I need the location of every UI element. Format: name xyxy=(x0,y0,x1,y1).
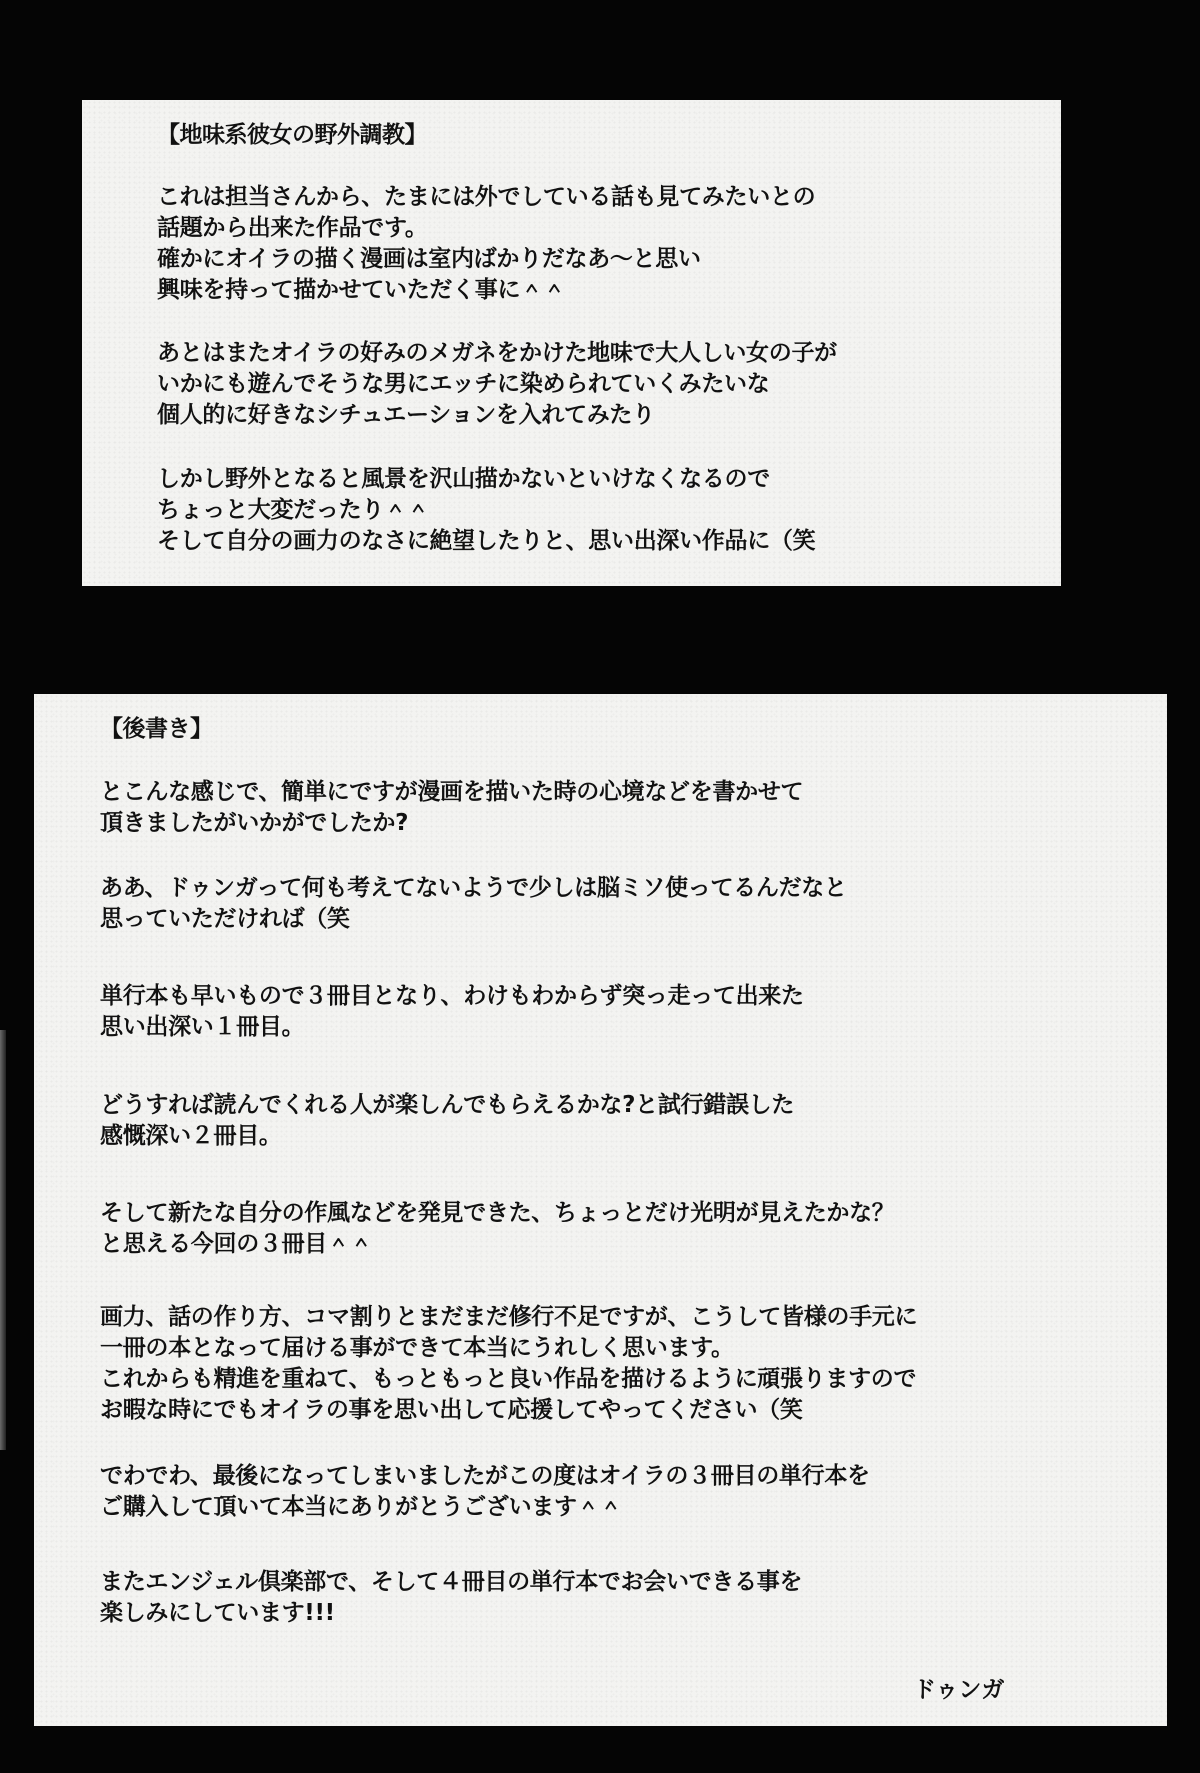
text-line: しかし野外となると風景を沢山描かないといけなくなるので xyxy=(157,464,815,495)
afterword-paragraph-3: 単行本も早いもので３冊目となり、わけもわからず突っ走って出来た 思い出深い１冊目… xyxy=(100,981,804,1043)
notes-paragraph-2: あとはまたオイラの好みのメガネをかけた地味で大人しい女の子が いかにも遊んでそう… xyxy=(157,338,837,431)
text-line: 確かにオイラの描く漫画は室内ばかりだなあ〜と思い xyxy=(157,244,815,275)
text-line: あとはまたオイラの好みのメガネをかけた地味で大人しい女の子が xyxy=(157,338,837,369)
text-line: でわでわ、最後になってしまいましたがこの度はオイラの３冊目の単行本を xyxy=(100,1461,870,1492)
text-line: 頂きましたがいかがでしたか? xyxy=(100,808,803,839)
text-line: 思っていただければ（笑 xyxy=(100,904,847,935)
text-line: ちょっと大変だったり＾＾ xyxy=(157,495,815,526)
text-line: これは担当さんから、たまには外でしている話も見てみたいとの xyxy=(157,182,815,213)
text-line: 興味を持って描かせていただく事に＾＾ xyxy=(157,275,815,306)
afterword-box: 【後書き】 とこんな感じで、簡単にですが漫画を描いた時の心境などを書かせて 頂き… xyxy=(34,694,1167,1726)
notes-paragraph-1: これは担当さんから、たまには外でしている話も見てみたいとの 話題から出来た作品で… xyxy=(157,182,815,306)
text-line: ご購入して頂いて本当にありがとうございます＾＾ xyxy=(100,1492,870,1523)
text-line: これからも精進を重ねて、もっともっと良い作品を描けるように頑張りますので xyxy=(100,1364,917,1395)
afterword-paragraph-5: そして新たな自分の作風などを発見できた、ちょっとだけ光明が見えたかな？ と思える… xyxy=(100,1198,895,1260)
text-line: とこんな感じで、簡単にですが漫画を描いた時の心境などを書かせて xyxy=(100,777,803,808)
afterword-paragraph-4: どうすれば読んでくれる人が楽しんでもらえるかな?と試行錯誤した 感慨深い２冊目。 xyxy=(100,1090,794,1152)
text-line: 楽しみにしています!!! xyxy=(100,1598,802,1629)
text-line: 一冊の本となって届ける事ができて本当にうれしく思います。 xyxy=(100,1333,917,1364)
text-line: ああ、ドゥンガって何も考えてないようで少しは脳ミソ使ってるんだなと xyxy=(100,873,847,904)
text-line: 思い出深い１冊目。 xyxy=(100,1012,804,1043)
afterword-paragraph-2: ああ、ドゥンガって何も考えてないようで少しは脳ミソ使ってるんだなと 思っていただ… xyxy=(100,873,847,935)
afterword-heading: 【後書き】 xyxy=(100,714,213,745)
afterword-paragraph-1: とこんな感じで、簡単にですが漫画を描いた時の心境などを書かせて 頂きましたがいか… xyxy=(100,777,803,839)
text-line: お暇な時にでもオイラの事を思い出して応援してやってください（笑 xyxy=(100,1395,917,1426)
text-line: 感慨深い２冊目。 xyxy=(100,1121,794,1152)
story-title-heading: 【地味系彼女の野外調教】 xyxy=(157,120,427,151)
text-line: と思える今回の３冊目＾＾ xyxy=(100,1229,895,1260)
text-line: そして自分の画力のなさに絶望したりと、思い出深い作品に（笑 xyxy=(157,526,815,557)
text-line: いかにも遊んでそうな男にエッチに染められていくみたいな xyxy=(157,369,837,400)
text-line: 個人的に好きなシチュエーションを入れてみたり xyxy=(157,400,837,431)
text-line: 単行本も早いもので３冊目となり、わけもわからず突っ走って出来た xyxy=(100,981,804,1012)
story-notes-box: 【地味系彼女の野外調教】 これは担当さんから、たまには外でしている話も見てみたい… xyxy=(82,100,1061,586)
author-signature: ドゥンガ xyxy=(913,1675,1004,1706)
afterword-paragraph-8: またエンジェル倶楽部で、そして４冊目の単行本でお会いできる事を 楽しみにしていま… xyxy=(100,1567,802,1629)
notes-paragraph-3: しかし野外となると風景を沢山描かないといけなくなるので ちょっと大変だったり＾＾… xyxy=(157,464,815,557)
text-line: 画力、話の作り方、コマ割りとまだまだ修行不足ですが、こうして皆様の手元に xyxy=(100,1302,917,1333)
afterword-paragraph-7: でわでわ、最後になってしまいましたがこの度はオイラの３冊目の単行本を ご購入して… xyxy=(100,1461,870,1523)
text-line: そして新たな自分の作風などを発見できた、ちょっとだけ光明が見えたかな？ xyxy=(100,1198,895,1229)
text-line: どうすれば読んでくれる人が楽しんでもらえるかな?と試行錯誤した xyxy=(100,1090,794,1121)
text-line: 話題から出来た作品です。 xyxy=(157,213,815,244)
text-line: またエンジェル倶楽部で、そして４冊目の単行本でお会いできる事を xyxy=(100,1567,802,1598)
afterword-paragraph-6: 画力、話の作り方、コマ割りとまだまだ修行不足ですが、こうして皆様の手元に 一冊の… xyxy=(100,1302,917,1426)
page-edge-shadow xyxy=(0,1030,6,1450)
